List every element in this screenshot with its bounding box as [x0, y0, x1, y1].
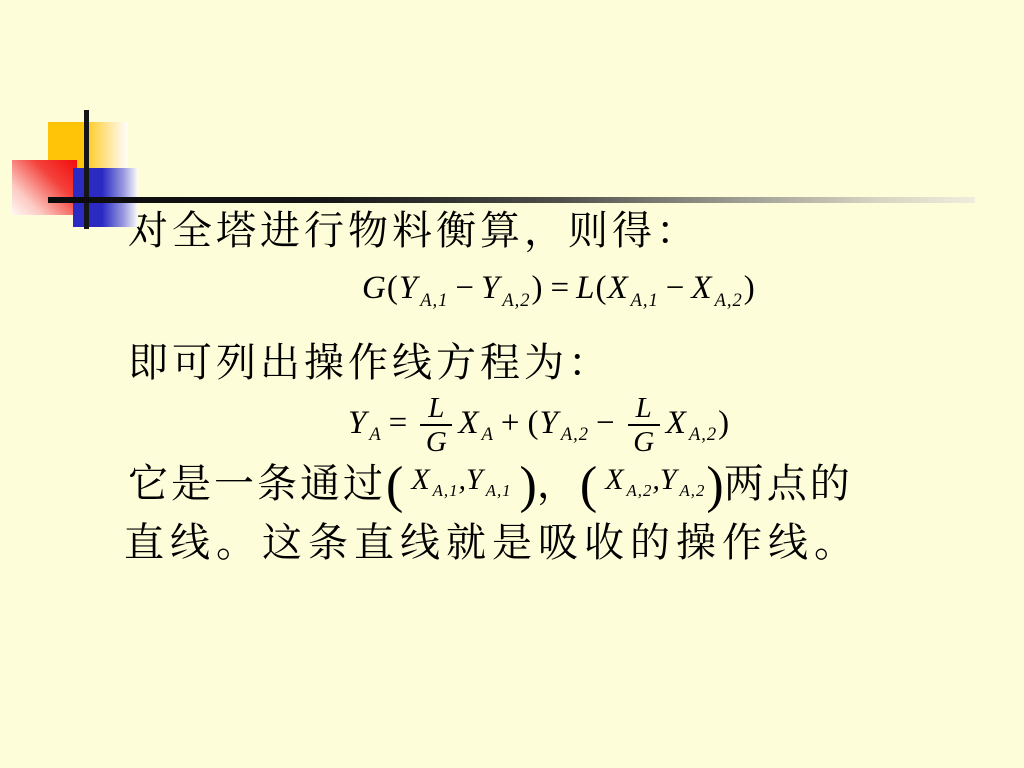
big-close-paren: ) — [706, 457, 723, 514]
math-comma: , — [652, 463, 660, 496]
big-open-paren: ( — [580, 457, 597, 514]
math-sub-A2: A,2 — [689, 424, 717, 444]
math-sub-A1: A,1 — [486, 481, 512, 500]
math-sub-A: A — [369, 424, 381, 444]
math-sub-A2: A,2 — [715, 290, 743, 310]
text-segment: 它是一条通过 — [128, 461, 386, 506]
math-open-paren: ( — [387, 272, 398, 305]
paragraph-two-points-line2: 直线。这条直线就是吸收的操作线。 — [124, 519, 860, 567]
text-segment: 两点的 — [724, 461, 853, 506]
math-var-Y: Y — [348, 405, 366, 441]
math-plus-operator: + — [501, 407, 520, 440]
math-open-paren: ( — [595, 272, 606, 305]
math-sub-A1: A,1 — [631, 290, 659, 310]
math-close-paren: ) — [531, 272, 542, 305]
math-sub-A: A — [482, 424, 494, 444]
math-numerator-L: L — [628, 393, 660, 426]
math-var-Y2: Y — [481, 270, 499, 306]
math-open-paren: ( — [528, 407, 539, 440]
math-var-Y: Y — [660, 463, 677, 496]
ornament-red-square — [12, 160, 77, 215]
formula-operating-line-equation: YA=LGXA+(YA,2−LGXA,2) — [348, 394, 730, 456]
math-minus-operator: − — [666, 272, 685, 305]
math-var-Y2: Y — [540, 405, 558, 441]
math-sub-A2: A,2 — [502, 290, 530, 310]
math-equals-operator: = — [389, 407, 408, 440]
math-var-X2: X — [666, 405, 686, 441]
math-denominator-G: G — [628, 426, 660, 457]
math-var-X: X — [411, 463, 429, 496]
math-denominator-G: G — [420, 426, 452, 457]
math-var-X1: X — [607, 270, 627, 306]
math-minus-operator: − — [596, 407, 615, 440]
math-sub-A2: A,2 — [627, 481, 653, 500]
math-close-paren: ) — [744, 272, 755, 305]
math-sub-A2: A,2 — [561, 424, 589, 444]
math-var-X: X — [458, 405, 478, 441]
math-var-Y: Y — [466, 463, 483, 496]
math-fraction-L-over-G: LG — [420, 393, 452, 458]
math-var-X: X — [605, 463, 623, 496]
math-fraction-L-over-G: LG — [628, 393, 660, 458]
paragraph-operating-line-intro: 即可列出操作线方程为： — [128, 339, 612, 387]
big-open-paren: ( — [386, 457, 403, 514]
ornament-horizontal-rule — [48, 197, 975, 203]
math-sub-A1: A,1 — [433, 481, 459, 500]
math-var-Y1: Y — [399, 270, 417, 306]
math-comma: , — [459, 463, 467, 496]
formula-row: YA=LGXA+(YA,2−LGXA,2) — [348, 393, 730, 458]
math-var-X2: X — [691, 270, 711, 306]
math-minus-operator: − — [455, 272, 474, 305]
math-sub-A1: A,1 — [420, 290, 448, 310]
slide-canvas: 对全塔进行物料衡算，则得： G(YA,1−YA,2)=L(XA,1−XA,2) … — [0, 0, 1024, 768]
math-sub-A2: A,2 — [680, 481, 706, 500]
paragraph-two-points-line1: 它是一条通过(XA,1,YA,1)，(XA,2,YA,2)两点的 — [128, 460, 853, 508]
math-point-1: XA,1,YA,1 — [411, 463, 511, 496]
math-var-G: G — [362, 270, 386, 306]
math-numerator-L: L — [420, 393, 452, 426]
big-close-paren: ) — [520, 457, 537, 514]
math-var-L: L — [576, 270, 594, 306]
math-equals-operator: = — [550, 272, 569, 305]
separator-comma: ， — [537, 461, 580, 506]
formula-overall-material-balance: G(YA,1−YA,2)=L(XA,1−XA,2) — [362, 272, 756, 309]
math-close-paren: ) — [718, 407, 729, 440]
ornament-vertical-line — [84, 110, 89, 229]
paragraph-material-balance: 对全塔进行物料衡算，则得： — [128, 207, 700, 255]
math-point-2: XA,2,YA,2 — [605, 463, 705, 496]
